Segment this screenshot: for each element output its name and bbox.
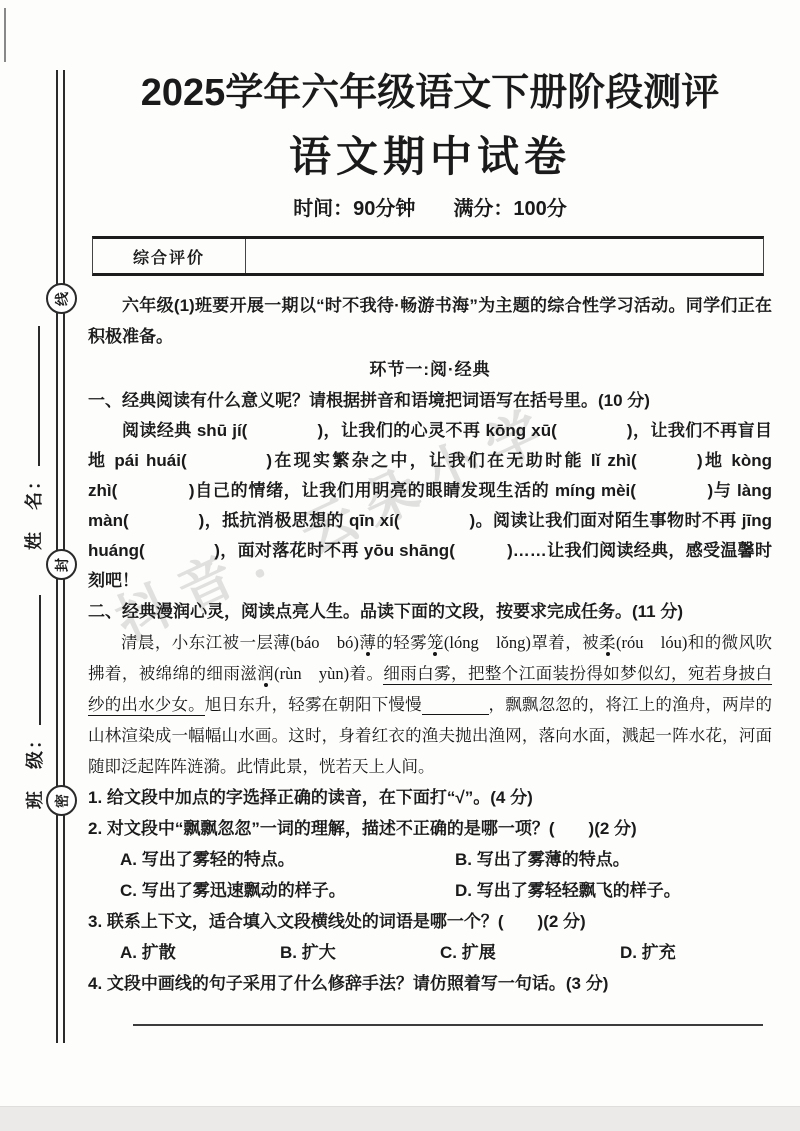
passage-text: 旭日东升，轻雾在朝阳下慢慢 (205, 695, 422, 714)
section-one-heading: 环节一:阅·经典 (88, 354, 772, 385)
dotted-character: 柔 (599, 633, 616, 652)
answer-option: D. 写出了雾轻轻飘飞的样子。 (455, 875, 772, 906)
evaluation-label-cell: 综合评价 (93, 239, 246, 273)
student-class-field: 班 级： (21, 569, 47, 809)
question-3-stem: 3. 联系上下文，适合填入文段横线处的词语是哪一个？( )(2 分) (88, 906, 772, 937)
dotted-character: 润 (257, 664, 274, 683)
seal-char-badge: 封 (46, 549, 77, 580)
passage-text: 清晨，小东江被一层薄(báo bó) (121, 633, 359, 652)
task2-reading-passage: 清晨，小东江被一层薄(báo bó)薄的轻雾笼(lóng lǒng)罩着，被柔(… (88, 627, 772, 782)
question-1-stem: 1. 给文段中加点的字选择正确的读音，在下面打“√”。(4 分) (88, 782, 772, 813)
scan-artifact-line (4, 8, 6, 62)
seal-char-badge: 线 (46, 283, 77, 314)
question-3-options: A. 扩散B. 扩大C. 扩展D. 扩充 (88, 937, 772, 968)
page-bottom-edge (0, 1106, 800, 1131)
evaluation-table: 综合评价 (92, 236, 764, 276)
seal-char: 密 (52, 794, 72, 808)
seal-char: 线 (52, 292, 72, 306)
paper-title-line2: 语文期中试卷 (88, 133, 772, 181)
answer-option: D. 扩充 (620, 937, 772, 968)
passage-text: 的轻雾 (376, 633, 427, 652)
fill-blank-line (422, 695, 489, 715)
answer-option: A. 扩散 (120, 937, 280, 968)
full-score-label: 满分：100分 (453, 197, 566, 221)
paper-content: 2025学年六年级语文下册阶段测评 语文期中试卷 时间：90分钟 满分：100分… (88, 0, 772, 1026)
answer-option: C. 扩展 (440, 937, 620, 968)
question-2-options: A. 写出了雾轻的特点。B. 写出了雾薄的特点。C. 写出了雾迅速飘动的样子。D… (88, 844, 772, 906)
task1-pinyin-passage: 阅读经典 shū jí( )，让我们的心灵不再 kōng xū( )，让我们不再… (88, 416, 772, 596)
paper-meta: 时间：90分钟 满分：100分 (88, 197, 772, 221)
passage-text: (lóng lǒng)罩着，被 (444, 633, 599, 652)
intro-paragraph: 六年级(1)班要开展一期以“时不我待·畅游书海”为主题的综合性学习活动。同学们正… (88, 290, 772, 352)
class-blank-line (21, 595, 41, 725)
dotted-character: 笼 (427, 633, 444, 652)
student-name-field: 姓 名： (20, 296, 46, 550)
answer-option: C. 写出了雾迅速飘动的样子。 (120, 875, 455, 906)
answer-option: B. 写出了雾薄的特点。 (455, 844, 772, 875)
name-label: 姓 名： (24, 470, 44, 550)
answer-option: A. 写出了雾轻的特点。 (120, 844, 455, 875)
answer-option: B. 扩大 (280, 937, 440, 968)
exam-paper-page: 抖音：云朵小学 线 封 密 姓 名： 班 级： 2025学年六年级语文下册阶段测… (0, 0, 800, 1131)
paper-title-line1: 2025学年六年级语文下册阶段测评 (88, 70, 772, 116)
task2-stem: 二、经典漫润心灵，阅读点亮人生。品读下面的文段，按要求完成任务。(11 分) (88, 596, 772, 627)
class-label: 班 级： (25, 729, 45, 809)
seal-char-badge: 密 (46, 785, 77, 816)
name-blank-line (20, 326, 40, 466)
question-4-answer-line (133, 1023, 763, 1026)
evaluation-value-cell (246, 239, 763, 273)
question-4-stem: 4. 文段中画线的句子采用了什么修辞手法？请仿照着写一句话。(3 分) (88, 968, 772, 999)
task1-stem: 一、经典阅读有什么意义呢？请根据拼音和语境把词语写在括号里。(10 分) (88, 385, 772, 416)
time-limit-label: 时间：90分钟 (293, 197, 415, 221)
question-2-stem: 2. 对文段中“飘飘忽忽”一词的理解，描述不正确的是哪一项？( )(2 分) (88, 813, 772, 844)
dotted-character: 薄 (359, 633, 376, 652)
seal-char: 封 (52, 558, 72, 572)
passage-text: (rùn yùn)着。 (274, 664, 383, 683)
